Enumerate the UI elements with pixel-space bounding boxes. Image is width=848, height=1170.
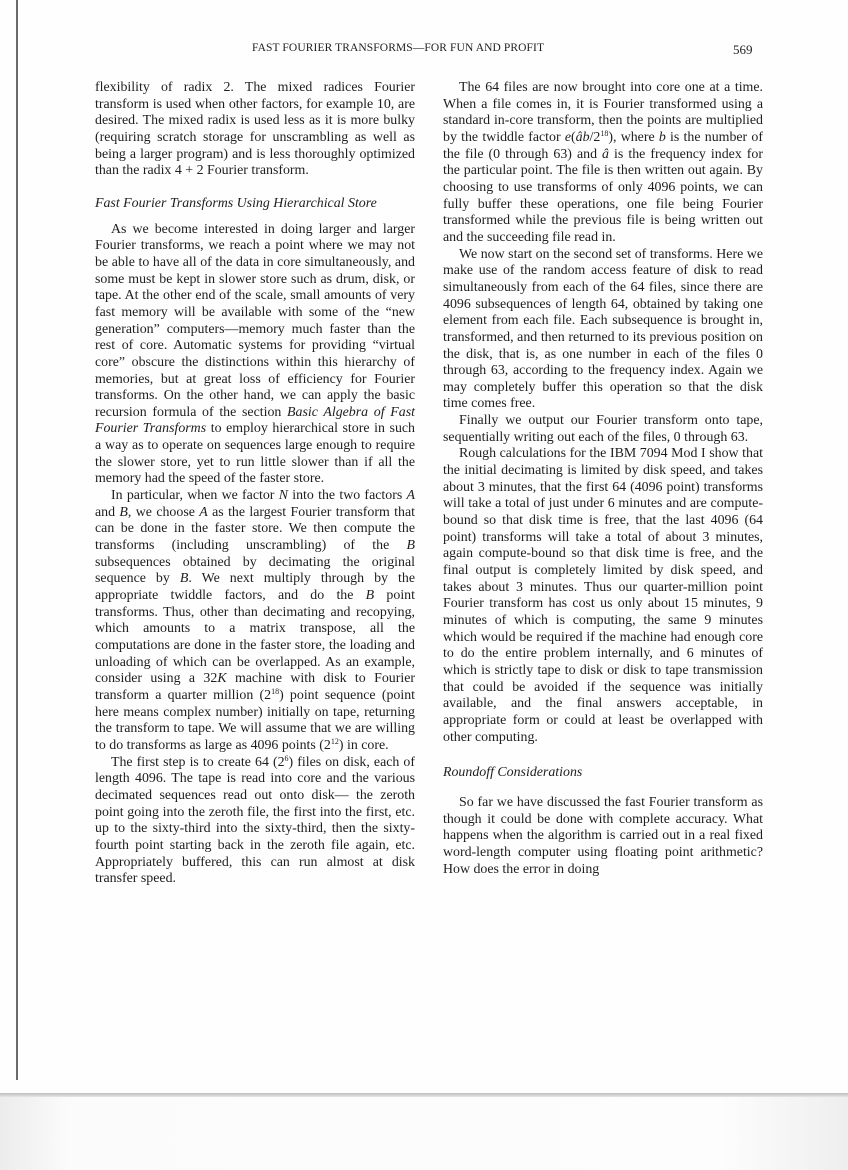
math-variable: A [407, 488, 416, 503]
binding-edge-line [16, 0, 18, 1080]
paragraph-hierarchical-intro: As we become interested in doing larger … [95, 222, 415, 489]
math-variable: K [217, 671, 226, 686]
exponent: 12 [331, 737, 339, 746]
math-variable: B [366, 588, 375, 603]
text-run: In particular, when we factor [111, 488, 279, 503]
underlying-sheet [0, 1097, 848, 1170]
text-run: into the two fac­tors [288, 488, 407, 503]
math-variable: âb [576, 130, 590, 145]
paragraph-rough-calculations: Rough calculations for the IBM 7094 Mod … [443, 446, 763, 746]
paragraph-second-set: We now start on the second set of transf… [443, 247, 763, 414]
right-column: The 64 files are now brought into core o… [443, 80, 763, 878]
text-run: , where [613, 130, 659, 145]
math-variable: A [199, 505, 208, 520]
section-heading-roundoff: Roundoff Considerations [443, 765, 763, 782]
paragraph-roundoff-intro: So far we have discussed the fast Fourie… [443, 795, 763, 878]
text-run: The first step is to create 64 (2 [111, 755, 285, 770]
page-sheet: FAST FOURIER TRANSFORMS—FOR FUN AND PROF… [0, 0, 848, 1095]
math-variable: N [279, 488, 288, 503]
paragraph-output-tape: Finally we output our Fourier transform … [443, 413, 763, 446]
text-run: ) files on disk, each of length 4096. Th… [95, 755, 415, 887]
running-head: FAST FOURIER TRANSFORMS—FOR FUN AND PROF… [252, 42, 592, 54]
math-variable: b [659, 130, 666, 145]
page-number: 569 [733, 42, 753, 58]
left-column: flexibility of radix 2. The mixed radice… [95, 80, 415, 888]
section-heading-hierarchical-store: Fast Fourier Transforms Using Hierarchic… [95, 196, 415, 213]
exponent: 18 [271, 687, 279, 696]
text-run: and [95, 505, 119, 520]
math-variable: â [602, 147, 609, 162]
text-run: , we choose [128, 505, 199, 520]
paragraph-files-into-core: The 64 files are now brought into core o… [443, 80, 763, 247]
math-variable: B [407, 538, 416, 553]
paragraph-first-step: The first step is to create 64 (26) file… [95, 755, 415, 888]
twiddle-factor-formula: e(âb/218) [565, 130, 613, 145]
paragraph-factoring-example: In particular, when we factor N into the… [95, 488, 415, 755]
math-symbol: /2 [590, 130, 601, 145]
paragraph-mixed-radix: flexibility of radix 2. The mixed radice… [95, 80, 415, 180]
text-run: As we become interested in doing larger … [95, 222, 415, 420]
text-run: ) in core. [339, 738, 389, 753]
math-variable: B [119, 505, 128, 520]
